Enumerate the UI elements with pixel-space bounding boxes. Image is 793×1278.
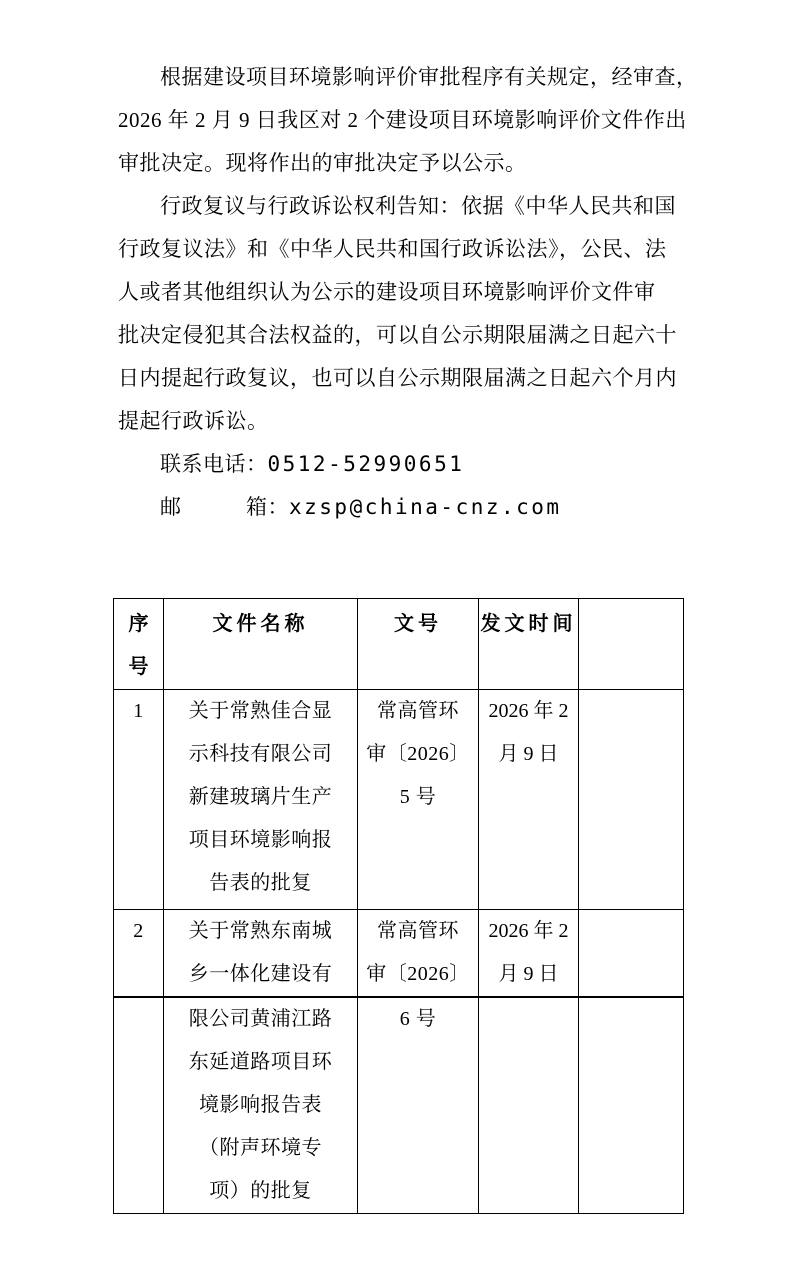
header-doc-number: 文号: [358, 599, 479, 690]
document-page: 根据建设项目环境影响评价审批程序有关规定，经审查， 2026 年 2 月 9 日…: [0, 0, 793, 1278]
contact-email-value: xzsp@china-cnz.com: [289, 495, 562, 519]
cell-seq-number: 2: [114, 910, 164, 998]
contact-email-label: 邮 箱：: [160, 495, 289, 519]
header-extra: [579, 599, 684, 690]
header-seq-number: 序 号: [114, 599, 164, 690]
contact-email-line: 邮 箱：xzsp@china-cnz.com: [118, 486, 698, 529]
table-row-continued: 限公司黄浦江路 东延道路项目环 境影响报告表 （附声环境专 项）的批复 6 号: [114, 997, 684, 1214]
cell-issue-date: [479, 997, 579, 1214]
cell-issue-date: 2026 年 2 月 9 日: [479, 910, 579, 998]
table-header-row: 序 号 文件名称 文号 发文时间: [114, 599, 684, 690]
paragraph-intro: 根据建设项目环境影响评价审批程序有关规定，经审查， 2026 年 2 月 9 日…: [118, 56, 698, 185]
cell-seq-number: [114, 997, 164, 1214]
cell-extra: [579, 997, 684, 1214]
cell-extra: [579, 910, 684, 998]
header-file-name: 文件名称: [164, 599, 358, 690]
contact-phone-value: 0512-52990651: [268, 452, 465, 476]
cell-doc-number: 6 号: [358, 997, 479, 1214]
cell-extra: [579, 690, 684, 910]
table-row: 1 关于常熟佳合显 示科技有限公司 新建玻璃片生产 项目环境影响报 告表的批复 …: [114, 690, 684, 910]
header-issue-date: 发文时间: [479, 599, 579, 690]
cell-file-name: 关于常熟佳合显 示科技有限公司 新建玻璃片生产 项目环境影响报 告表的批复: [164, 690, 358, 910]
cell-file-name: 限公司黄浦江路 东延道路项目环 境影响报告表 （附声环境专 项）的批复: [164, 997, 358, 1214]
cell-doc-number: 常高管环 审〔2026〕: [358, 910, 479, 998]
cell-seq-number: 1: [114, 690, 164, 910]
cell-file-name: 关于常熟东南城 乡一体化建设有: [164, 910, 358, 998]
approval-table: 序 号 文件名称 文号 发文时间 1 关于常熟佳合显 示科技有限公司 新建玻璃片…: [113, 598, 684, 1214]
contact-phone-line: 联系电话：0512-52990651: [118, 443, 698, 486]
table-row: 2 关于常熟东南城 乡一体化建设有 常高管环 审〔2026〕 2026 年 2 …: [114, 910, 684, 998]
contact-phone-label: 联系电话：: [160, 452, 268, 476]
notice-body: 根据建设项目环境影响评价审批程序有关规定，经审查， 2026 年 2 月 9 日…: [118, 56, 698, 529]
cell-issue-date: 2026 年 2 月 9 日: [479, 690, 579, 910]
cell-doc-number: 常高管环 审〔2026〕 5 号: [358, 690, 479, 910]
paragraph-rights-notice: 行政复议与行政诉讼权利告知：依据《中华人民共和国 行政复议法》和《中华人民共和国…: [118, 185, 698, 443]
